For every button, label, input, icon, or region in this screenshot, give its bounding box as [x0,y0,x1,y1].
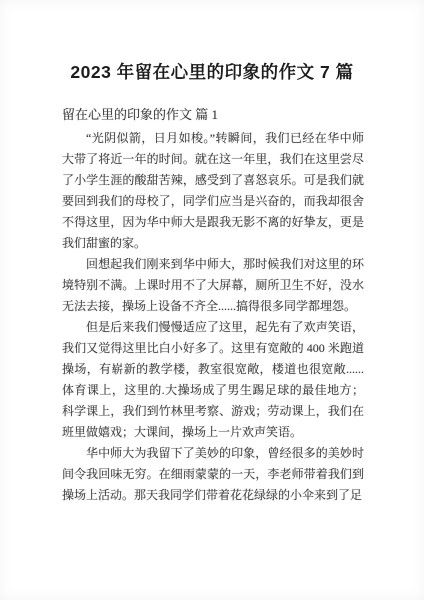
essay-body: “光阴似箭，日月如梭。”转瞬间，我们已经在华中师大带了将近一年的时间。就在这一年… [62,128,364,506]
paragraph: “光阴似箭，日月如梭。”转瞬间，我们已经在华中师大带了将近一年的时间。就在这一年… [62,128,364,254]
paragraph: 华中师大为我留下了美妙的印象，曾经很多的美妙时间令我回味无穷。在细雨蒙蒙的一天，… [62,443,364,506]
paragraph: 但是后来我们慢慢适应了这里，起先有了欢声笑语，我们又觉得这里比白小好多了。这里有… [62,317,364,443]
document-page: 2023 年留在心里的印象的作文 7 篇 留在心里的印象的作文 篇 1 “光阴似… [0,0,424,600]
section-heading: 留在心里的印象的作文 篇 1 [62,104,364,126]
document-title: 2023 年留在心里的印象的作文 7 篇 [0,60,424,84]
paragraph: 回想起我们刚来到华中师大，那时候我们对这里的环境特别不满。上课时用不了大屏幕，厕… [62,254,364,317]
document-content: 留在心里的印象的作文 篇 1 “光阴似箭，日月如梭。”转瞬间，我们已经在华中师大… [62,104,364,506]
